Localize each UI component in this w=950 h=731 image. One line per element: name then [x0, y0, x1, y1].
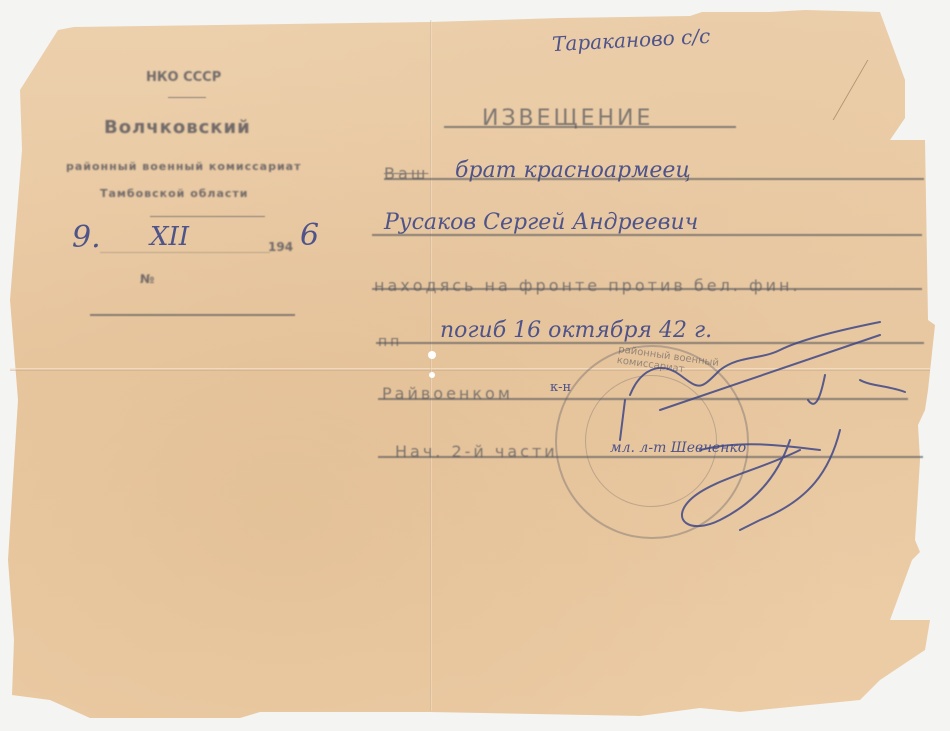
line2-handwritten: Русаков Сергей Андреевич — [384, 210, 698, 235]
stamp-org: НКО СССР — [146, 70, 221, 85]
seal-inner-ring — [585, 375, 717, 507]
line6-printed: Нач. 2-й части — [395, 442, 558, 461]
vertical-fold — [430, 20, 432, 711]
official-seal: районный военный комиссариат — [555, 345, 749, 539]
line5-printed: Райвоенком — [382, 384, 513, 403]
line3-rule — [372, 288, 922, 290]
number-label: № — [140, 272, 154, 286]
stamp-district: Волчковский — [104, 117, 251, 138]
title-underline — [444, 126, 736, 128]
line3-printed: находясь на фронте против бел. фин. — [374, 276, 801, 295]
date-month: XII — [150, 222, 189, 252]
stamp-region: Тамбовской области — [100, 187, 249, 200]
line1-printed: Ваш — [384, 164, 428, 183]
notice-document: НКО СССР Волчковский районный военный ко… — [0, 0, 950, 731]
number-line — [90, 314, 295, 316]
stamp-divider — [168, 97, 206, 98]
date-day: 9. — [72, 220, 101, 255]
date-year-suffix: 6 — [300, 218, 319, 253]
line4-handwritten: погиб 16 октября 42 г. — [440, 318, 712, 343]
date-underline — [100, 252, 270, 253]
paper-sheet — [0, 0, 950, 731]
date-overline — [150, 216, 265, 217]
line4-rule — [376, 342, 924, 344]
horizontal-fold — [10, 368, 930, 371]
line2-rule — [372, 234, 922, 236]
date-year-prefix: 194 — [268, 240, 293, 254]
line1-rule — [384, 178, 924, 180]
stamp-commissariat: районный военный комиссариат — [66, 160, 301, 173]
